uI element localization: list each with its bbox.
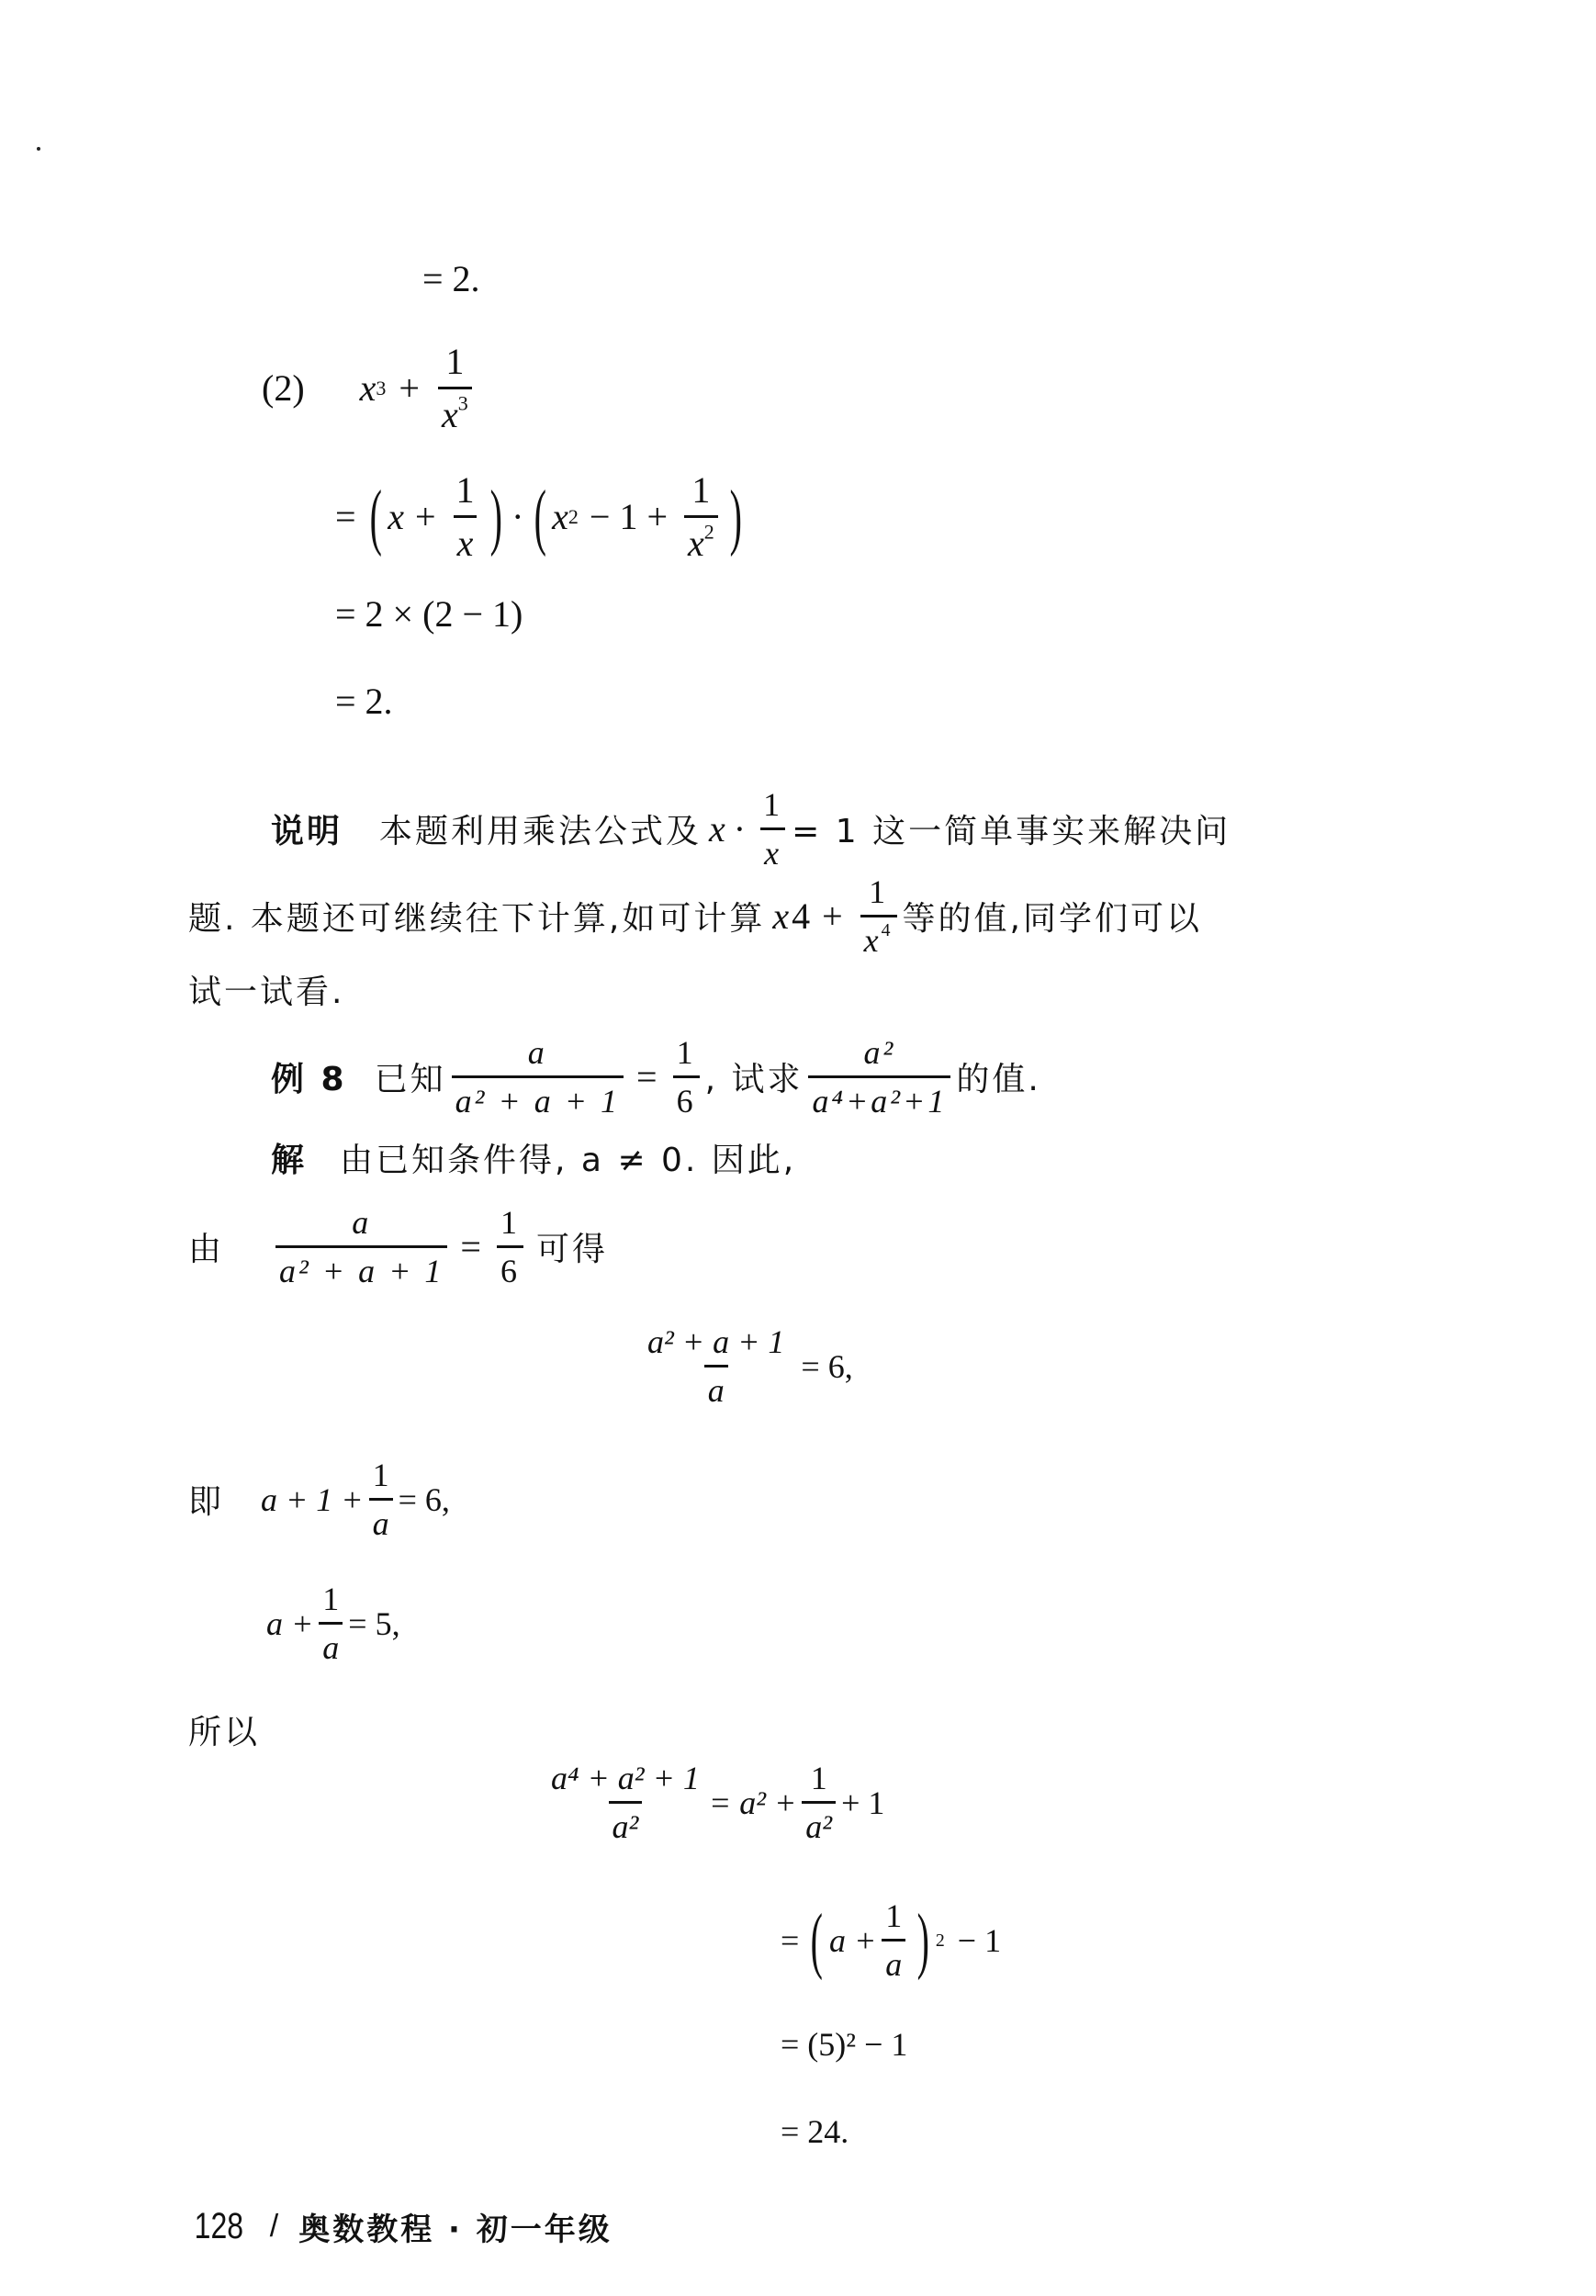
fraction: 1 6 (497, 1203, 523, 1290)
subproblem-2-header: (2) x3 + 1 x3 (262, 340, 478, 436)
fraction: a² + a + 1 a (644, 1322, 788, 1410)
solution-from-line: 由 a a² + a + 1 = 1 6 可得 (188, 1203, 608, 1290)
var-x: x (772, 895, 792, 938)
numerator: 1 (442, 340, 467, 387)
left-paren: ( (369, 480, 381, 554)
fraction: a a² + a + 1 (452, 1033, 624, 1120)
book-title: 奥数教程 · 初一年级 (298, 2204, 613, 2249)
multiply-dot: · (734, 807, 748, 850)
lhs: a + (266, 1604, 313, 1643)
rhs: = a² + (709, 1784, 796, 1822)
left-paren: ( (811, 1904, 823, 1977)
fraction: 1 x (453, 468, 478, 565)
fraction: a² a⁴+a²+1 (808, 1033, 950, 1120)
note-text: 等的值,同学们可以 (903, 893, 1202, 940)
subproblem-label: (2) (262, 366, 305, 410)
fraction: a a² + a + 1 (275, 1203, 447, 1290)
inner: a + (829, 1921, 876, 1960)
note-line-2: 题. 本题还可继续往下计算,如可计算 x4 + 1 x4 等的值,同学们可以 (188, 872, 1202, 960)
equation-step-factorization: = ( x + 1 x ) · ( x2 − 1 + 1 x2 ) (335, 468, 747, 565)
equals-sign: = (636, 1055, 660, 1098)
text: 可得 (536, 1223, 608, 1270)
var-x: x (388, 495, 404, 538)
plus-sign: + (399, 366, 420, 410)
fraction: a⁴ + a² + 1 a² (547, 1759, 703, 1846)
left-paren: ( (534, 480, 545, 554)
equation-ie: 即 a + 1 + 1 a = 6, (188, 1456, 450, 1543)
fraction: 1 x4 (860, 872, 897, 960)
fraction: 1 a (882, 1896, 905, 1984)
plus-sign: + (415, 495, 436, 538)
fraction: 1 a (369, 1456, 393, 1543)
rhs: + 1 (841, 1784, 884, 1822)
text: 已知 (375, 1053, 446, 1100)
fraction: 1 x (759, 785, 786, 872)
fraction: 1 6 (673, 1033, 700, 1120)
multiply-dot: · (511, 495, 523, 538)
var-x: x (552, 495, 568, 538)
example-label: 例 8 (271, 1053, 347, 1100)
page-number: 128 (195, 2206, 243, 2247)
solution-line-1: 解 由已知条件得, a ≠ 0. 因此, (271, 1134, 796, 1181)
text: , 试求 (705, 1053, 804, 1100)
fraction: 1 x3 (438, 340, 472, 436)
rhs: = 6, (801, 1347, 852, 1386)
equation-centered: a² + a + 1 a = 6, (638, 1322, 853, 1410)
text: 的值. (956, 1053, 1040, 1100)
var-x: x (360, 366, 377, 410)
note-text: = 1 这一简单事实来解决问 (792, 805, 1231, 852)
equation-step: = 2. (335, 680, 393, 723)
equals-sign: = (335, 495, 356, 538)
text: 由已知条件得, a ≠ 0. 因此, (340, 1134, 796, 1181)
tail: − 1 (958, 1921, 1001, 1960)
plus-sign: + (822, 895, 846, 938)
note-text: 本题利用乘法公式及 (379, 805, 702, 852)
denominator: x3 (438, 387, 472, 436)
note-label: 说明 (271, 805, 343, 852)
text: 由 (188, 1223, 224, 1270)
equals-sign: = (781, 1921, 799, 1960)
fraction: 1 x2 (684, 468, 718, 565)
note-line-1: 说明 本题利用乘法公式及 x · 1 x = 1 这一简单事实来解决问 (271, 785, 1231, 872)
right-paren: ) (729, 480, 741, 554)
equation-result: = 24. (781, 2112, 849, 2151)
fraction: 1 a² (802, 1759, 836, 1846)
operators: − 1 + (590, 495, 668, 538)
example-8-statement: 例 8 已知 a a² + a + 1 = 1 6 , 试求 a² a⁴+a²+… (271, 1033, 1041, 1120)
equation-step: = 2 × (2 − 1) (335, 592, 523, 636)
equation-a-plus: a + 1 a = 5, (266, 1580, 400, 1667)
rhs: = 6, (399, 1480, 450, 1519)
right-paren: ) (917, 1904, 929, 1977)
equals-sign: = (460, 1225, 484, 1268)
equation-step-square: = ( a + 1 a ) 2 − 1 (781, 1896, 1001, 1984)
right-paren: ) (489, 480, 501, 554)
equation-line: = 2. (422, 257, 480, 300)
note-line-3: 试一试看. (188, 966, 344, 1013)
lhs: a + 1 + (261, 1480, 364, 1519)
note-text: 题. 本题还可继续往下计算,如可计算 (188, 893, 765, 940)
rhs: = 5, (348, 1604, 399, 1643)
equation-step: = (5)² − 1 (781, 2025, 907, 2064)
equation-final: a⁴ + a² + 1 a² = a² + 1 a² + 1 (542, 1759, 884, 1846)
text: 即 (188, 1476, 224, 1523)
solution-label: 解 (271, 1134, 307, 1181)
var-x: x (709, 807, 728, 850)
therefore-label: 所以 (188, 1706, 260, 1753)
footer-separator: / (270, 2209, 278, 2245)
scan-speck (37, 147, 40, 151)
fraction: 1 a (319, 1580, 343, 1667)
page-footer: 128 / 奥数教程 · 初一年级 (188, 2204, 613, 2249)
